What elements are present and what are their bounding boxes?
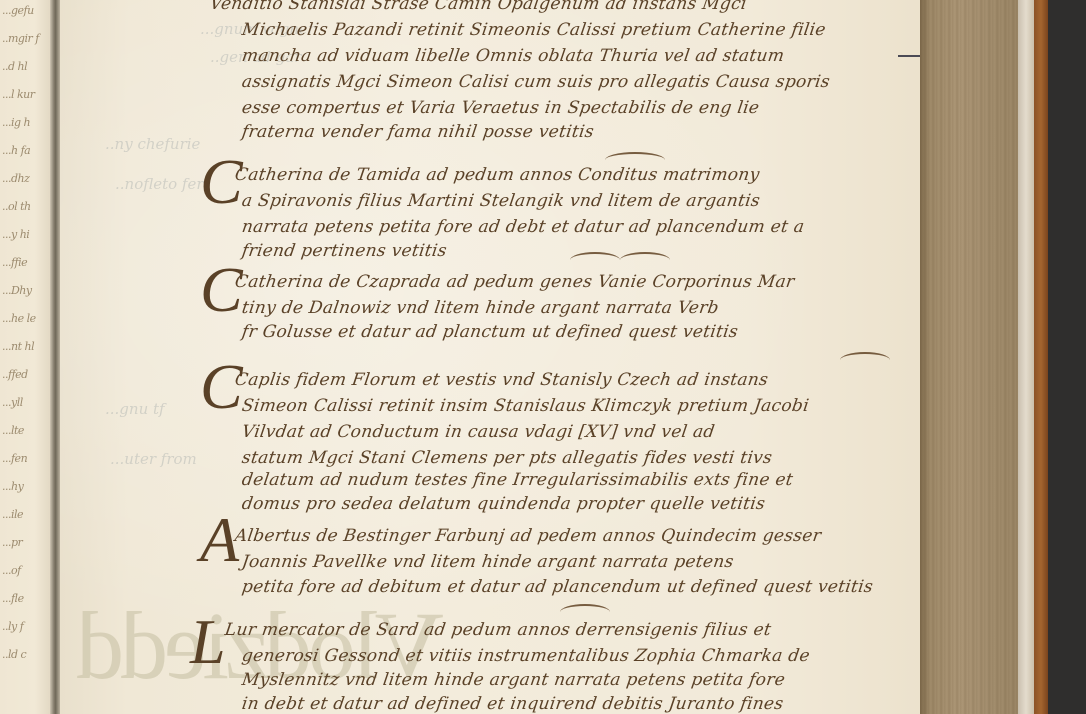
handwritten-line: Michaelis Pazandi retinit Simeonis Calis… <box>241 20 828 40</box>
left-page-line: ...Dhy <box>2 284 46 298</box>
decorated-initial: L <box>190 610 226 674</box>
handwritten-line: Vilvdat ad Conductum in causa vdagi [XV]… <box>241 422 717 442</box>
binding-pastedown <box>1018 0 1034 714</box>
left-page-line: ..ly f <box>2 620 46 634</box>
handwritten-line: statum Mgci Stani Clemens per pts allega… <box>241 448 774 468</box>
handwritten-line: mancha ad viduam libelle Omnis oblata Th… <box>241 46 786 66</box>
binding-leather-cover <box>1034 0 1048 714</box>
handwritten-line: Lur mercator de Sard ad pedum annos derr… <box>224 620 773 640</box>
left-page-line: ...ffie <box>2 256 46 270</box>
right-page: ...gnum vagner ..gen ad gar ..ny chefuri… <box>60 0 920 714</box>
handwritten-line: friend pertinens vetitis <box>241 241 449 261</box>
left-page-line: ...yll <box>2 396 46 410</box>
left-page-line: ...dhz <box>2 172 46 186</box>
left-page-line: ..ffed <box>2 368 46 382</box>
left-page-line: ..ld c <box>2 648 46 662</box>
handwritten-line: Simeon Calissi retinit insim Stanislaus … <box>241 396 811 416</box>
left-page-line: ...pr <box>2 536 46 550</box>
handwritten-line: Myslennitz vnd litem hinde argant narrat… <box>241 670 787 690</box>
handwritten-line: in debt et datur ad defined et inquirend… <box>241 694 785 714</box>
manuscript-photo: ...gefu ..mgir f ..d hl ...l kur ...ig h… <box>0 0 1086 714</box>
handwritten-line: fr Golusse et datur ad planctum ut defin… <box>241 322 740 342</box>
handwritten-line: tiny de Dalnowiz vnd litem hinde argant … <box>241 298 721 318</box>
bleed-through-line: ..nofleto fer <box>115 175 204 193</box>
left-page-line: ...of <box>2 564 46 578</box>
left-page-line: ...gefu <box>2 4 46 18</box>
handwritten-line: assignatis Mgci Simeon Calisi cum suis p… <box>241 72 832 92</box>
left-page-line: ...hy <box>2 480 46 494</box>
handwritten-line: Joannis Pavellke vnd litem hinde argant … <box>241 552 735 572</box>
handwritten-line: Catherina de Czaprada ad pedum genes Van… <box>234 272 796 292</box>
handwritten-line: narrata petens petita fore ad debt et da… <box>241 217 806 237</box>
left-page-line: ...l kur <box>2 88 46 102</box>
edge-ink-mark <box>898 55 922 57</box>
bleed-through-line: ..ny chefurie <box>105 135 200 153</box>
handwritten-line: esse compertus et Varia Veraetus in Spec… <box>241 98 761 118</box>
left-page-line: ...lte <box>2 424 46 438</box>
handwritten-line: domus pro sedea delatum quindenda propte… <box>241 494 767 514</box>
handwritten-line: petita fore ad debitum et datur ad planc… <box>241 577 875 597</box>
left-page-line: ...y hi <box>2 228 46 242</box>
left-page-line: ...ile <box>2 508 46 522</box>
left-page-line: ...nt hl <box>2 340 46 354</box>
ink-flourish <box>840 352 890 368</box>
left-page-line: ...ig h <box>2 116 46 130</box>
ink-flourish <box>570 252 620 268</box>
page-block-fore-edge <box>920 0 1018 714</box>
handwritten-line: fraterna vender fama nihil posse vetitis <box>241 122 596 142</box>
left-page-edge: ...gefu ..mgir f ..d hl ...l kur ...ig h… <box>0 0 50 714</box>
ink-flourish <box>620 252 670 268</box>
gutter <box>50 0 60 714</box>
bleed-through-line: ...gnu tf <box>105 400 165 418</box>
handwritten-line: Venditio Stanislai Strase Camin Opalgenu… <box>209 0 749 14</box>
left-page-line: ...h fa <box>2 144 46 158</box>
handwritten-line: delatum ad nudum testes fine Irregularis… <box>241 470 795 490</box>
left-page-line: ..ol th <box>2 200 46 214</box>
handwritten-line: Albertus de Bestinger Farbunj ad pedem a… <box>234 526 823 546</box>
ink-flourish <box>560 604 610 620</box>
dark-backdrop <box>1048 0 1086 714</box>
handwritten-line: Catherina de Tamida ad pedum annos Condi… <box>234 165 761 185</box>
handwritten-line: Caplis fidem Florum et vestis vnd Stanis… <box>234 370 770 390</box>
bleed-through-line: ...uter from <box>110 450 197 468</box>
left-page-line: ...he le <box>2 312 46 326</box>
left-page-line: ...fen <box>2 452 46 466</box>
handwritten-line: a Spiravonis filius Martini Stelangik vn… <box>241 191 762 211</box>
left-page-line: ..mgir f <box>2 32 46 46</box>
handwritten-line: generosi Gessond et vitiis instrumentali… <box>241 646 812 666</box>
left-page-line: ...fle <box>2 592 46 606</box>
decorated-initial: A <box>200 508 239 572</box>
left-page-line: ..d hl <box>2 60 46 74</box>
